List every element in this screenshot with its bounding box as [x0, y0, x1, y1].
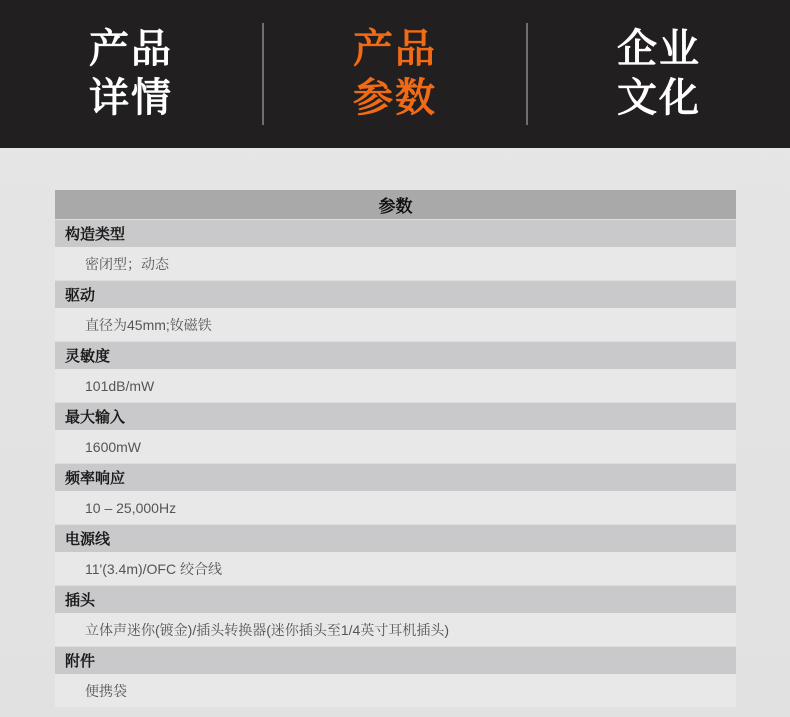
spec-value: 11'(3.4m)/OFC 绞合线 [55, 552, 736, 585]
spec-label: 驱动 [55, 280, 736, 308]
spec-row: 最大输入 1600mW [55, 402, 736, 463]
spec-row: 驱动 直径为45mm;钕磁铁 [55, 280, 736, 341]
spec-label: 最大输入 [55, 402, 736, 430]
spec-row: 电源线 11'(3.4m)/OFC 绞合线 [55, 524, 736, 585]
spec-label: 附件 [55, 646, 736, 674]
tab-label: 产品 参数 [353, 25, 437, 123]
spec-value: 密闭型；动态 [55, 247, 736, 280]
spec-value: 立体声迷你(镀金)/插头转换器(迷你插头至1/4英寸耳机插头) [55, 613, 736, 646]
spec-value: 101dB/mW [55, 369, 736, 402]
spec-row: 插头 立体声迷你(镀金)/插头转换器(迷你插头至1/4英寸耳机插头) [55, 585, 736, 646]
spec-rows: 构造类型 密闭型；动态 驱动 直径为45mm;钕磁铁 灵敏度 101dB/mW … [55, 219, 736, 707]
spec-label: 频率响应 [55, 463, 736, 491]
tab-product-details[interactable]: 产品 详情 [0, 0, 262, 148]
spec-label: 电源线 [55, 524, 736, 552]
spec-row: 频率响应 10 – 25,000Hz [55, 463, 736, 524]
tab-company-culture[interactable]: 企业 文化 [528, 0, 790, 148]
spec-value: 直径为45mm;钕磁铁 [55, 308, 736, 341]
spec-label: 插头 [55, 585, 736, 613]
spec-value: 1600mW [55, 430, 736, 463]
spec-row: 构造类型 密闭型；动态 [55, 219, 736, 280]
tab-label: 产品 详情 [89, 25, 173, 123]
spec-label: 灵敏度 [55, 341, 736, 369]
spec-row: 灵敏度 101dB/mW [55, 341, 736, 402]
spec-row: 附件 便携袋 [55, 646, 736, 707]
spec-value: 10 – 25,000Hz [55, 491, 736, 524]
spec-value: 便携袋 [55, 674, 736, 707]
tab-label: 企业 文化 [617, 25, 701, 123]
spec-table-title: 参数 [55, 190, 736, 219]
spec-table: 参数 构造类型 密闭型；动态 驱动 直径为45mm;钕磁铁 灵敏度 101dB/… [55, 190, 736, 707]
tab-product-params[interactable]: 产品 参数 [264, 0, 526, 148]
spec-label: 构造类型 [55, 219, 736, 247]
top-tab-bar: 产品 详情 产品 参数 企业 文化 [0, 0, 790, 148]
